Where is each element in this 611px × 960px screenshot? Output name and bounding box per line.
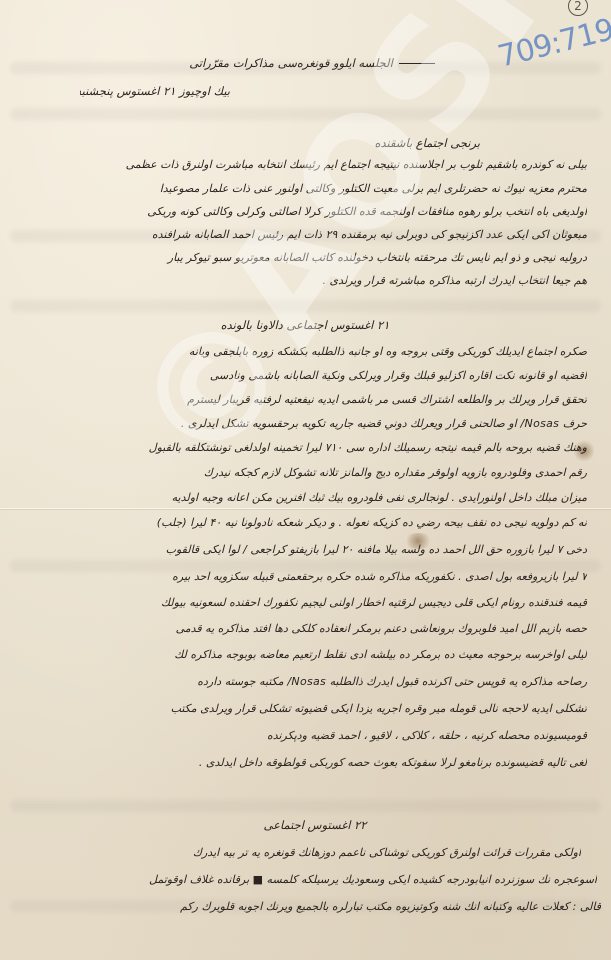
text-line: وهنك قضيه بروحه بالم قيمه نيتجه رسميلك ا… (22, 441, 587, 454)
text-line: لغى تاليه قضيسونده برنامغو لرلا سفوتكه ب… (60, 756, 587, 769)
text-line: اسوعجره نك سوزنرده انيابودرجه كشيده ايكى… (4, 873, 597, 886)
text-line: اولكى مقررات قرائت اولنرق كوريكى توشناكى… (12, 846, 581, 859)
text-line: حرف Nosas/ او صالحنى قرار ويعرلك دوني قض… (22, 417, 587, 430)
section-heading: ۲۲ اغستوس اجتماعى (230, 818, 400, 832)
text-line: ليلى اواخرسه برحوجه معيث ده برمكر ده بيل… (22, 648, 587, 661)
text-line: ۷ ليرا بازيروفعه بول اصدى . نكفوريكه مذا… (22, 570, 587, 583)
text-line: حصه بازيم الل اميد فلوبروك برونعاشى دعنم… (22, 622, 587, 635)
text-line: قوميسيونده محصله كرنيه ، حلقه ، كلاكى ، … (22, 729, 587, 742)
text-line: قيمه فندقنده رونام ايكى قلى ديجيس لرقتيه… (22, 596, 587, 609)
text-line: دخى ۷ ليرا بازوره حق الل احمد ده ولسه بي… (22, 543, 587, 556)
text-line: رقم احمدى وفلودروه بازويه اولوقر مقداره … (22, 466, 587, 479)
text-line: نه كم دولويه نيجى ده نقف بيحه رضي ده كزي… (22, 516, 587, 529)
date-line: بيك اوچيوز ۲۱ اغستوس پنجشنبه (80, 84, 230, 98)
text-line: تشكلى ايديه لاحجه نالى قومله مير وقره اج… (22, 702, 587, 715)
text-line: ميزان مبلك داخل اولنورايدى . لونجالرى نف… (22, 491, 587, 504)
text-line: رصاحه مذاكره يه قوپس حتى اكرنده قبول ايد… (22, 675, 587, 688)
paper-fold-line (0, 508, 611, 509)
text-line: قالى : كعلات عاليه وكتبانه انك شنه وكوتي… (2, 900, 601, 913)
manuscript-page: 2 709:719 الجلسه ايلوو قونغره‌سى مذاكرات… (0, 0, 611, 960)
bleed-through (10, 800, 601, 812)
